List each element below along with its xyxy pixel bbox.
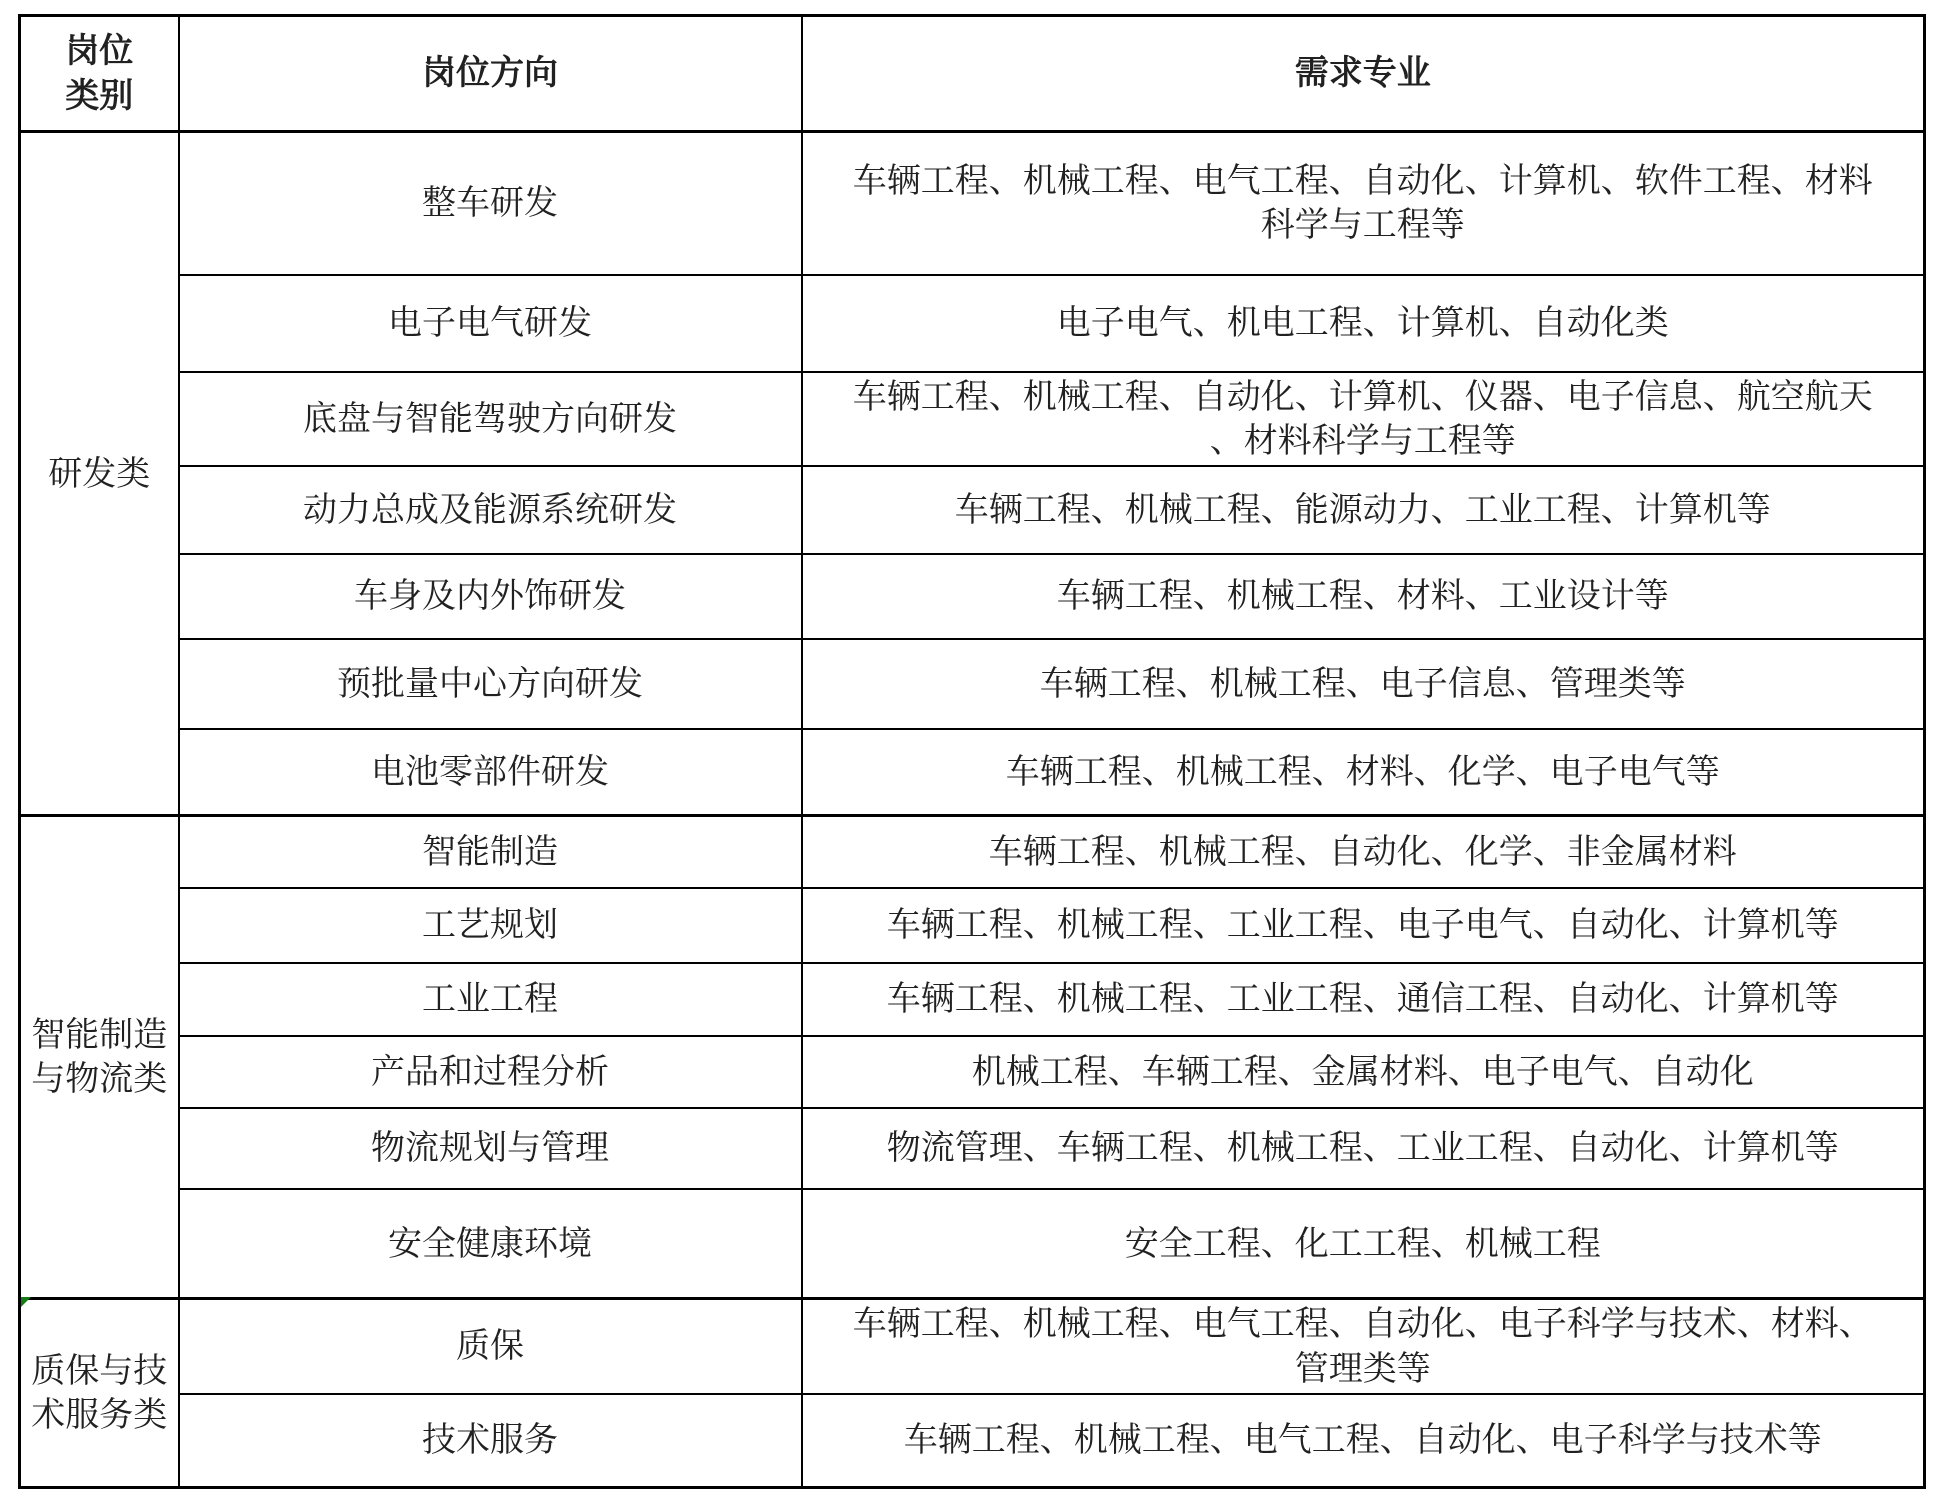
direction-cell: 物流规划与管理 [179, 1108, 802, 1189]
majors-cell: 电子电气、机电工程、计算机、自动化类 [802, 275, 1925, 372]
direction-cell: 电池零部件研发 [179, 729, 802, 816]
majors-cell: 物流管理、车辆工程、机械工程、工业工程、自动化、计算机等 [802, 1108, 1925, 1189]
majors-cell: 车辆工程、机械工程、能源动力、工业工程、计算机等 [802, 466, 1925, 554]
direction-cell: 技术服务 [179, 1394, 802, 1488]
majors-cell: 机械工程、车辆工程、金属材料、电子电气、自动化 [802, 1036, 1925, 1108]
green-corner-marker [21, 1297, 31, 1307]
majors-cell: 车辆工程、机械工程、工业工程、通信工程、自动化、计算机等 [802, 963, 1925, 1036]
direction-cell: 安全健康环境 [179, 1189, 802, 1299]
header-category: 岗位 类别 [20, 16, 179, 132]
direction-cell: 产品和过程分析 [179, 1036, 802, 1108]
majors-cell: 车辆工程、机械工程、电子信息、管理类等 [802, 639, 1925, 729]
direction-cell: 底盘与智能驾驶方向研发 [179, 372, 802, 466]
majors-cell: 车辆工程、机械工程、材料、工业设计等 [802, 554, 1925, 639]
direction-cell: 电子电气研发 [179, 275, 802, 372]
direction-cell: 质保 [179, 1299, 802, 1394]
majors-cell: 安全工程、化工工程、机械工程 [802, 1189, 1925, 1299]
direction-cell: 工艺规划 [179, 888, 802, 963]
header-direction: 岗位方向 [179, 16, 802, 132]
direction-cell: 动力总成及能源系统研发 [179, 466, 802, 554]
header-majors: 需求专业 [802, 16, 1925, 132]
recruitment-table: 岗位 类别 岗位方向 需求专业 研发类 整车研发 车辆工程、机械工程、电气工程、… [18, 14, 1926, 1489]
category-cell-manufacturing-logistics: 智能制造 与物流类 [20, 816, 179, 1299]
majors-cell: 车辆工程、机械工程、工业工程、电子电气、自动化、计算机等 [802, 888, 1925, 963]
majors-cell: 车辆工程、机械工程、自动化、计算机、仪器、电子信息、航空航天 、材料科学与工程等 [802, 372, 1925, 466]
direction-cell: 智能制造 [179, 816, 802, 888]
majors-cell: 车辆工程、机械工程、自动化、化学、非金属材料 [802, 816, 1925, 888]
category-cell-rnd: 研发类 [20, 132, 179, 816]
category-cell-qa-service: 质保与技 术服务类 [20, 1299, 179, 1488]
page: 岗位 类别 岗位方向 需求专业 研发类 整车研发 车辆工程、机械工程、电气工程、… [0, 0, 1940, 1494]
majors-cell: 车辆工程、机械工程、电气工程、自动化、计算机、软件工程、材料 科学与工程等 [802, 132, 1925, 275]
majors-cell: 车辆工程、机械工程、电气工程、自动化、电子科学与技术、材料、 管理类等 [802, 1299, 1925, 1394]
majors-cell: 车辆工程、机械工程、材料、化学、电子电气等 [802, 729, 1925, 816]
majors-cell: 车辆工程、机械工程、电气工程、自动化、电子科学与技术等 [802, 1394, 1925, 1488]
direction-cell: 工业工程 [179, 963, 802, 1036]
direction-cell: 整车研发 [179, 132, 802, 275]
direction-cell: 车身及内外饰研发 [179, 554, 802, 639]
direction-cell: 预批量中心方向研发 [179, 639, 802, 729]
